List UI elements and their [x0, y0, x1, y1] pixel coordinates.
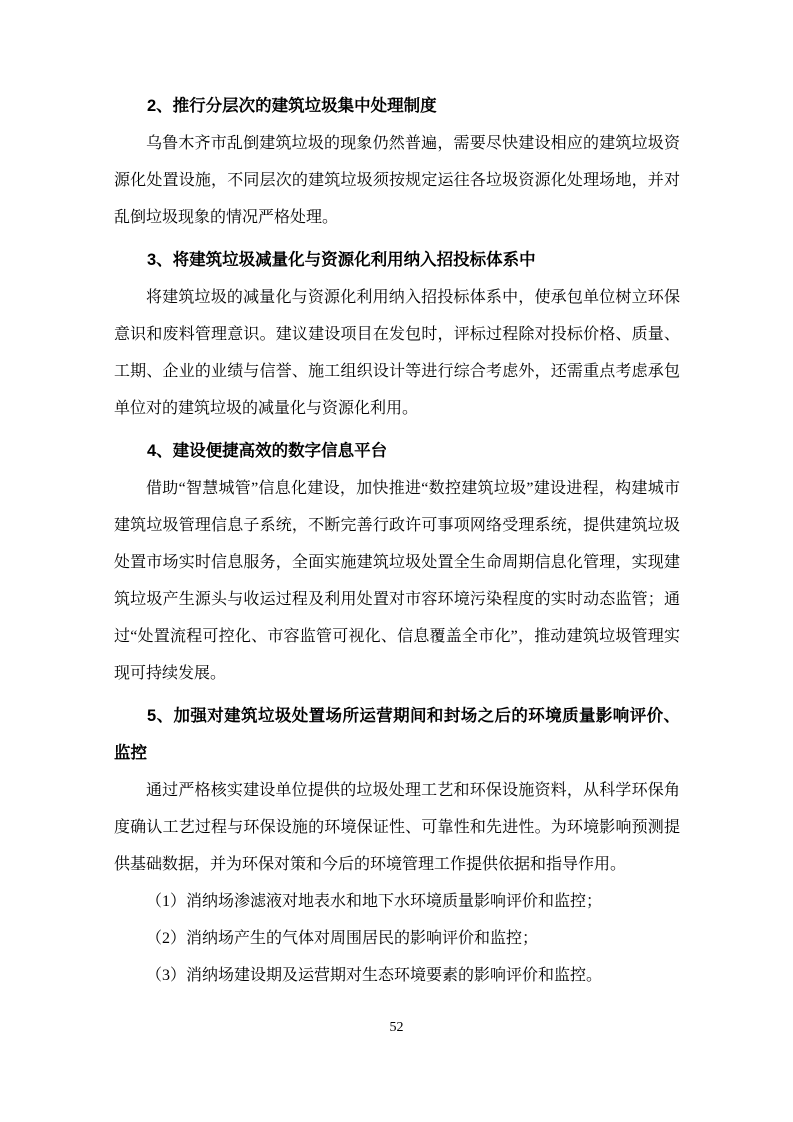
page-number: 52 [0, 1018, 793, 1038]
page-content: 2、推行分层次的建筑垃圾集中处理制度 乌鲁木齐市乱倒建筑垃圾的现象仍然普遍，需要… [114, 88, 680, 994]
list-item-3: （3）消纳场建设期及运营期对生态环境要素的影响评价和监控。 [114, 957, 680, 994]
section-heading-2: 2、推行分层次的建筑垃圾集中处理制度 [114, 88, 680, 125]
section-heading-3: 3、将建筑垃圾减量化与资源化利用纳入招投标体系中 [114, 242, 680, 279]
section-4-paragraph: 借助“智慧城管”信息化建设，加快推进“数控建筑垃圾”建设进程，构建城市建筑垃圾管… [114, 470, 680, 692]
section-heading-4: 4、建设便捷高效的数字信息平台 [114, 433, 680, 470]
list-item-2: （2）消纳场产生的气体对周围居民的影响评价和监控； [114, 920, 680, 957]
document-page: 2、推行分层次的建筑垃圾集中处理制度 乌鲁木齐市乱倒建筑垃圾的现象仍然普遍，需要… [0, 0, 793, 1122]
section-3-paragraph: 将建筑垃圾的减量化与资源化利用纳入招投标体系中，使承包单位树立环保意识和废料管理… [114, 279, 680, 427]
list-item-1: （1）消纳场渗滤液对地表水和地下水环境质量影响评价和监控； [114, 883, 680, 920]
section-2-paragraph: 乌鲁木齐市乱倒建筑垃圾的现象仍然普遍，需要尽快建设相应的建筑垃圾资源化处置设施，… [114, 125, 680, 236]
section-5-paragraph: 通过严格核实建设单位提供的垃圾处理工艺和环保设施资料，从科学环保角度确认工艺过程… [114, 772, 680, 883]
section-heading-5: 5、加强对建筑垃圾处置场所运营期间和封场之后的环境质量影响评价、监控 [114, 698, 680, 772]
